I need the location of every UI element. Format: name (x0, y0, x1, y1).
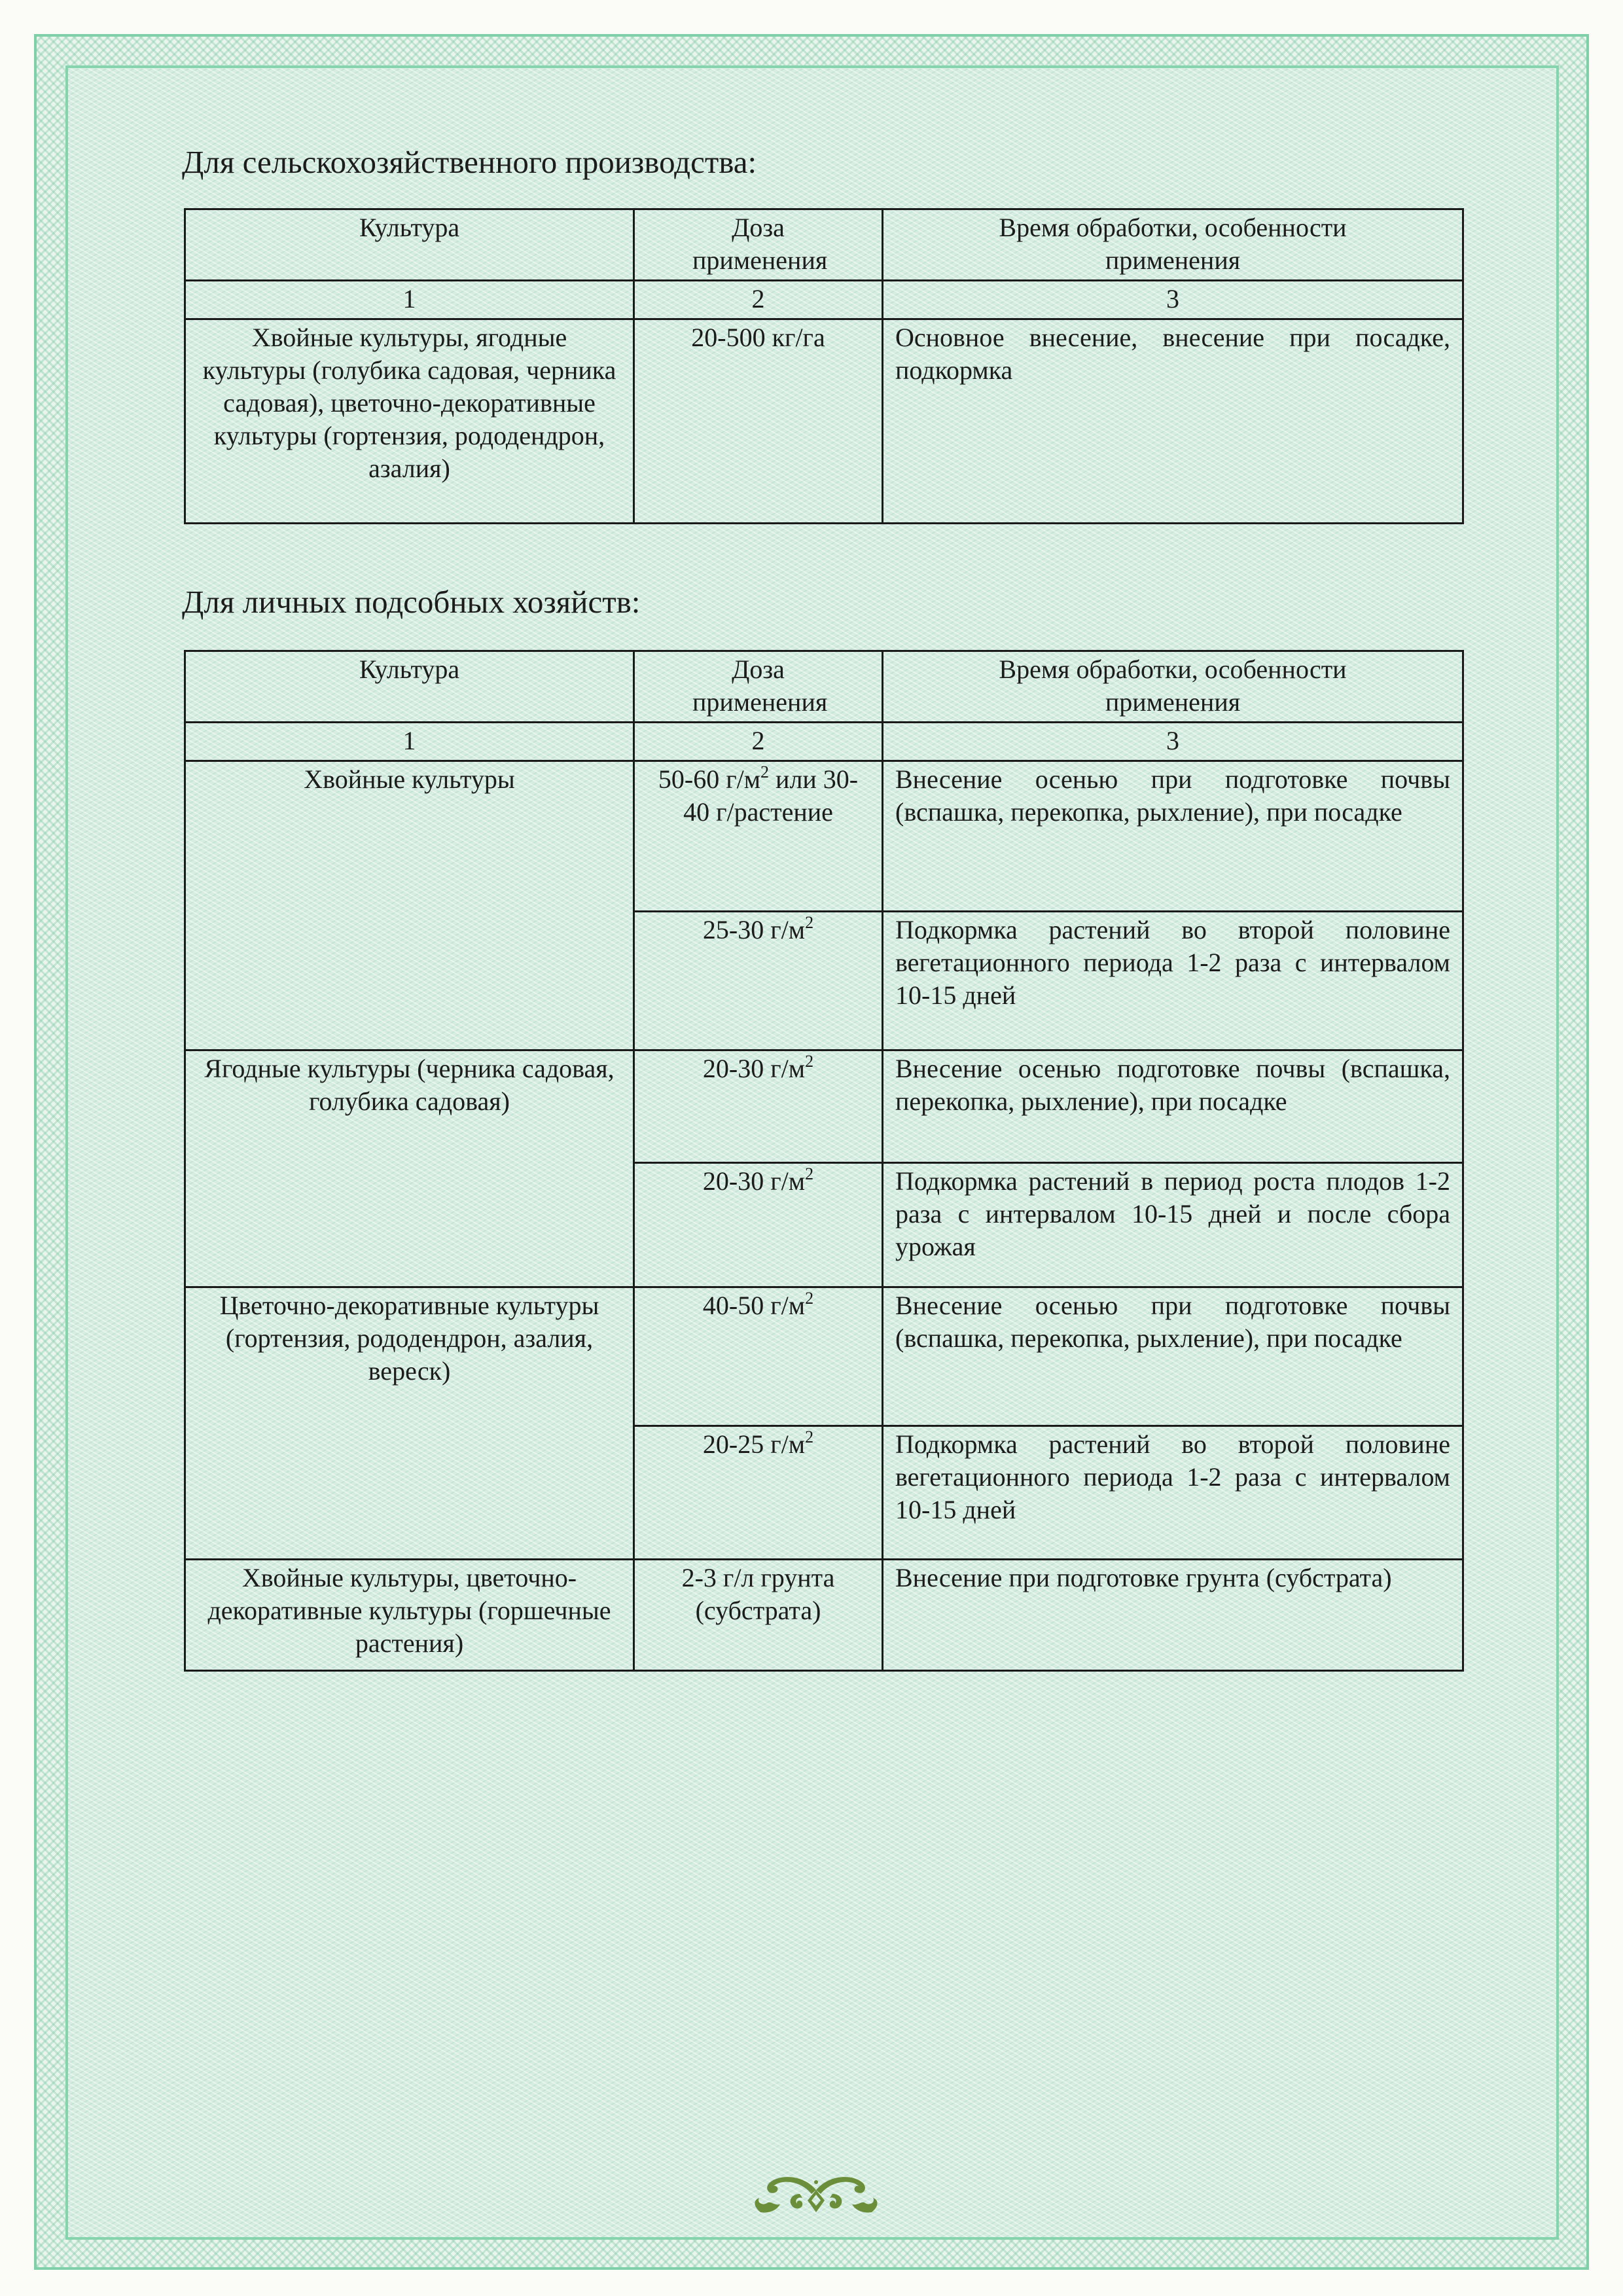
dose-cell: 20-30 г/м2 (634, 1050, 883, 1163)
header-crop: Культура (185, 651, 634, 723)
time-cell: Внесение осенью при подготовке почвы (вс… (883, 1287, 1463, 1426)
crop-cell: Ягодные культуры (черника садовая, голуб… (185, 1050, 634, 1287)
floral-ornament-icon (734, 2174, 898, 2214)
dose-cell: 20-500 кг/га (634, 319, 883, 524)
col-number-2: 2 (634, 281, 883, 319)
dose-value: 20-25 г/м (703, 1429, 805, 1459)
col-number-1: 1 (185, 281, 634, 319)
header-crop: Культура (185, 209, 634, 281)
col-number-3: 3 (883, 281, 1463, 319)
dose-value: 25-30 г/м (703, 915, 805, 944)
dose-unit-exponent: 2 (760, 762, 769, 781)
header-dose: Доза применения (634, 651, 883, 723)
header-time-text: Время обработки, особенности применения (895, 211, 1450, 277)
table-row: Хвойные культуры50-60 г/м2 или 30-40 г/р… (185, 761, 1463, 912)
header-time: Время обработки, особенности применения (883, 209, 1463, 281)
dose-unit-exponent: 2 (805, 913, 813, 932)
table-row: Ягодные культуры (черника садовая, голуб… (185, 1050, 1463, 1163)
crop-cell: Хвойные культуры (185, 761, 634, 1050)
table-number-row: 1 2 3 (185, 281, 1463, 319)
time-cell: Внесение при подготовке грунта (субстрат… (883, 1560, 1463, 1671)
household-table-body: Хвойные культуры50-60 г/м2 или 30-40 г/р… (185, 761, 1463, 1671)
time-cell: Подкормка растений во второй половине ве… (883, 912, 1463, 1050)
header-dose-text: Доза применения (647, 653, 870, 719)
time-cell: Подкормка растений во второй половине ве… (883, 1426, 1463, 1560)
dose-cell: 40-50 г/м2 (634, 1287, 883, 1426)
col-number-1: 1 (185, 723, 634, 761)
dose-unit-exponent: 2 (805, 1164, 813, 1183)
table-row: Хвойные культуры, ягодные культуры (голу… (185, 319, 1463, 524)
dose-value: 20-30 г/м (703, 1166, 805, 1196)
dose-cell: 2-3 г/л грунта (субстрата) (634, 1560, 883, 1671)
agricultural-section-title: Для сельскохозяйственного производства: (182, 143, 757, 182)
dose-unit-exponent: 2 (805, 1289, 813, 1308)
header-dose-text: Доза применения (647, 211, 870, 277)
household-dose-table: Культура Доза применения Время обработки… (184, 650, 1464, 1672)
dose-value: 2-3 г/л грунта (субстрата) (682, 1563, 835, 1625)
table-header-row: Культура Доза применения Время обработки… (185, 651, 1463, 723)
household-section-title: Для личных подсобных хозяйств: (182, 583, 640, 622)
header-time: Время обработки, особенности применения (883, 651, 1463, 723)
table-header-row: Культура Доза применения Время обработки… (185, 209, 1463, 281)
col-number-2: 2 (634, 723, 883, 761)
header-dose: Доза применения (634, 209, 883, 281)
dose-value: 50-60 г/м (658, 764, 760, 794)
table-row: Хвойные культуры, цветочно-декоративные … (185, 1560, 1463, 1671)
dose-cell: 20-25 г/м2 (634, 1426, 883, 1560)
agricultural-dose-table: Культура Доза применения Время обработки… (184, 208, 1464, 524)
crop-cell: Цветочно-декоративные культуры (гортензи… (185, 1287, 634, 1560)
dose-unit-exponent: 2 (805, 1427, 813, 1446)
table-row: Цветочно-декоративные культуры (гортензи… (185, 1287, 1463, 1426)
dose-cell: 25-30 г/м2 (634, 912, 883, 1050)
time-cell: Подкормка растений в период роста плодов… (883, 1163, 1463, 1287)
dose-value: 20-30 г/м (703, 1054, 805, 1083)
dose-cell: 50-60 г/м2 или 30-40 г/растение (634, 761, 883, 912)
crop-cell: Хвойные культуры, ягодные культуры (голу… (185, 319, 634, 524)
header-time-text: Время обработки, особенности применения (895, 653, 1450, 719)
time-cell: Внесение осенью подготовке почвы (вспашк… (883, 1050, 1463, 1163)
table-number-row: 1 2 3 (185, 723, 1463, 761)
dose-value: 40-50 г/м (703, 1291, 805, 1320)
time-cell: Основное внесение, внесение при посадке,… (883, 319, 1463, 524)
dose-unit-exponent: 2 (805, 1052, 813, 1071)
time-cell: Внесение осенью при подготовке почвы (вс… (883, 761, 1463, 912)
col-number-3: 3 (883, 723, 1463, 761)
dose-cell: 20-30 г/м2 (634, 1163, 883, 1287)
crop-cell: Хвойные культуры, цветочно-декоративные … (185, 1560, 634, 1671)
